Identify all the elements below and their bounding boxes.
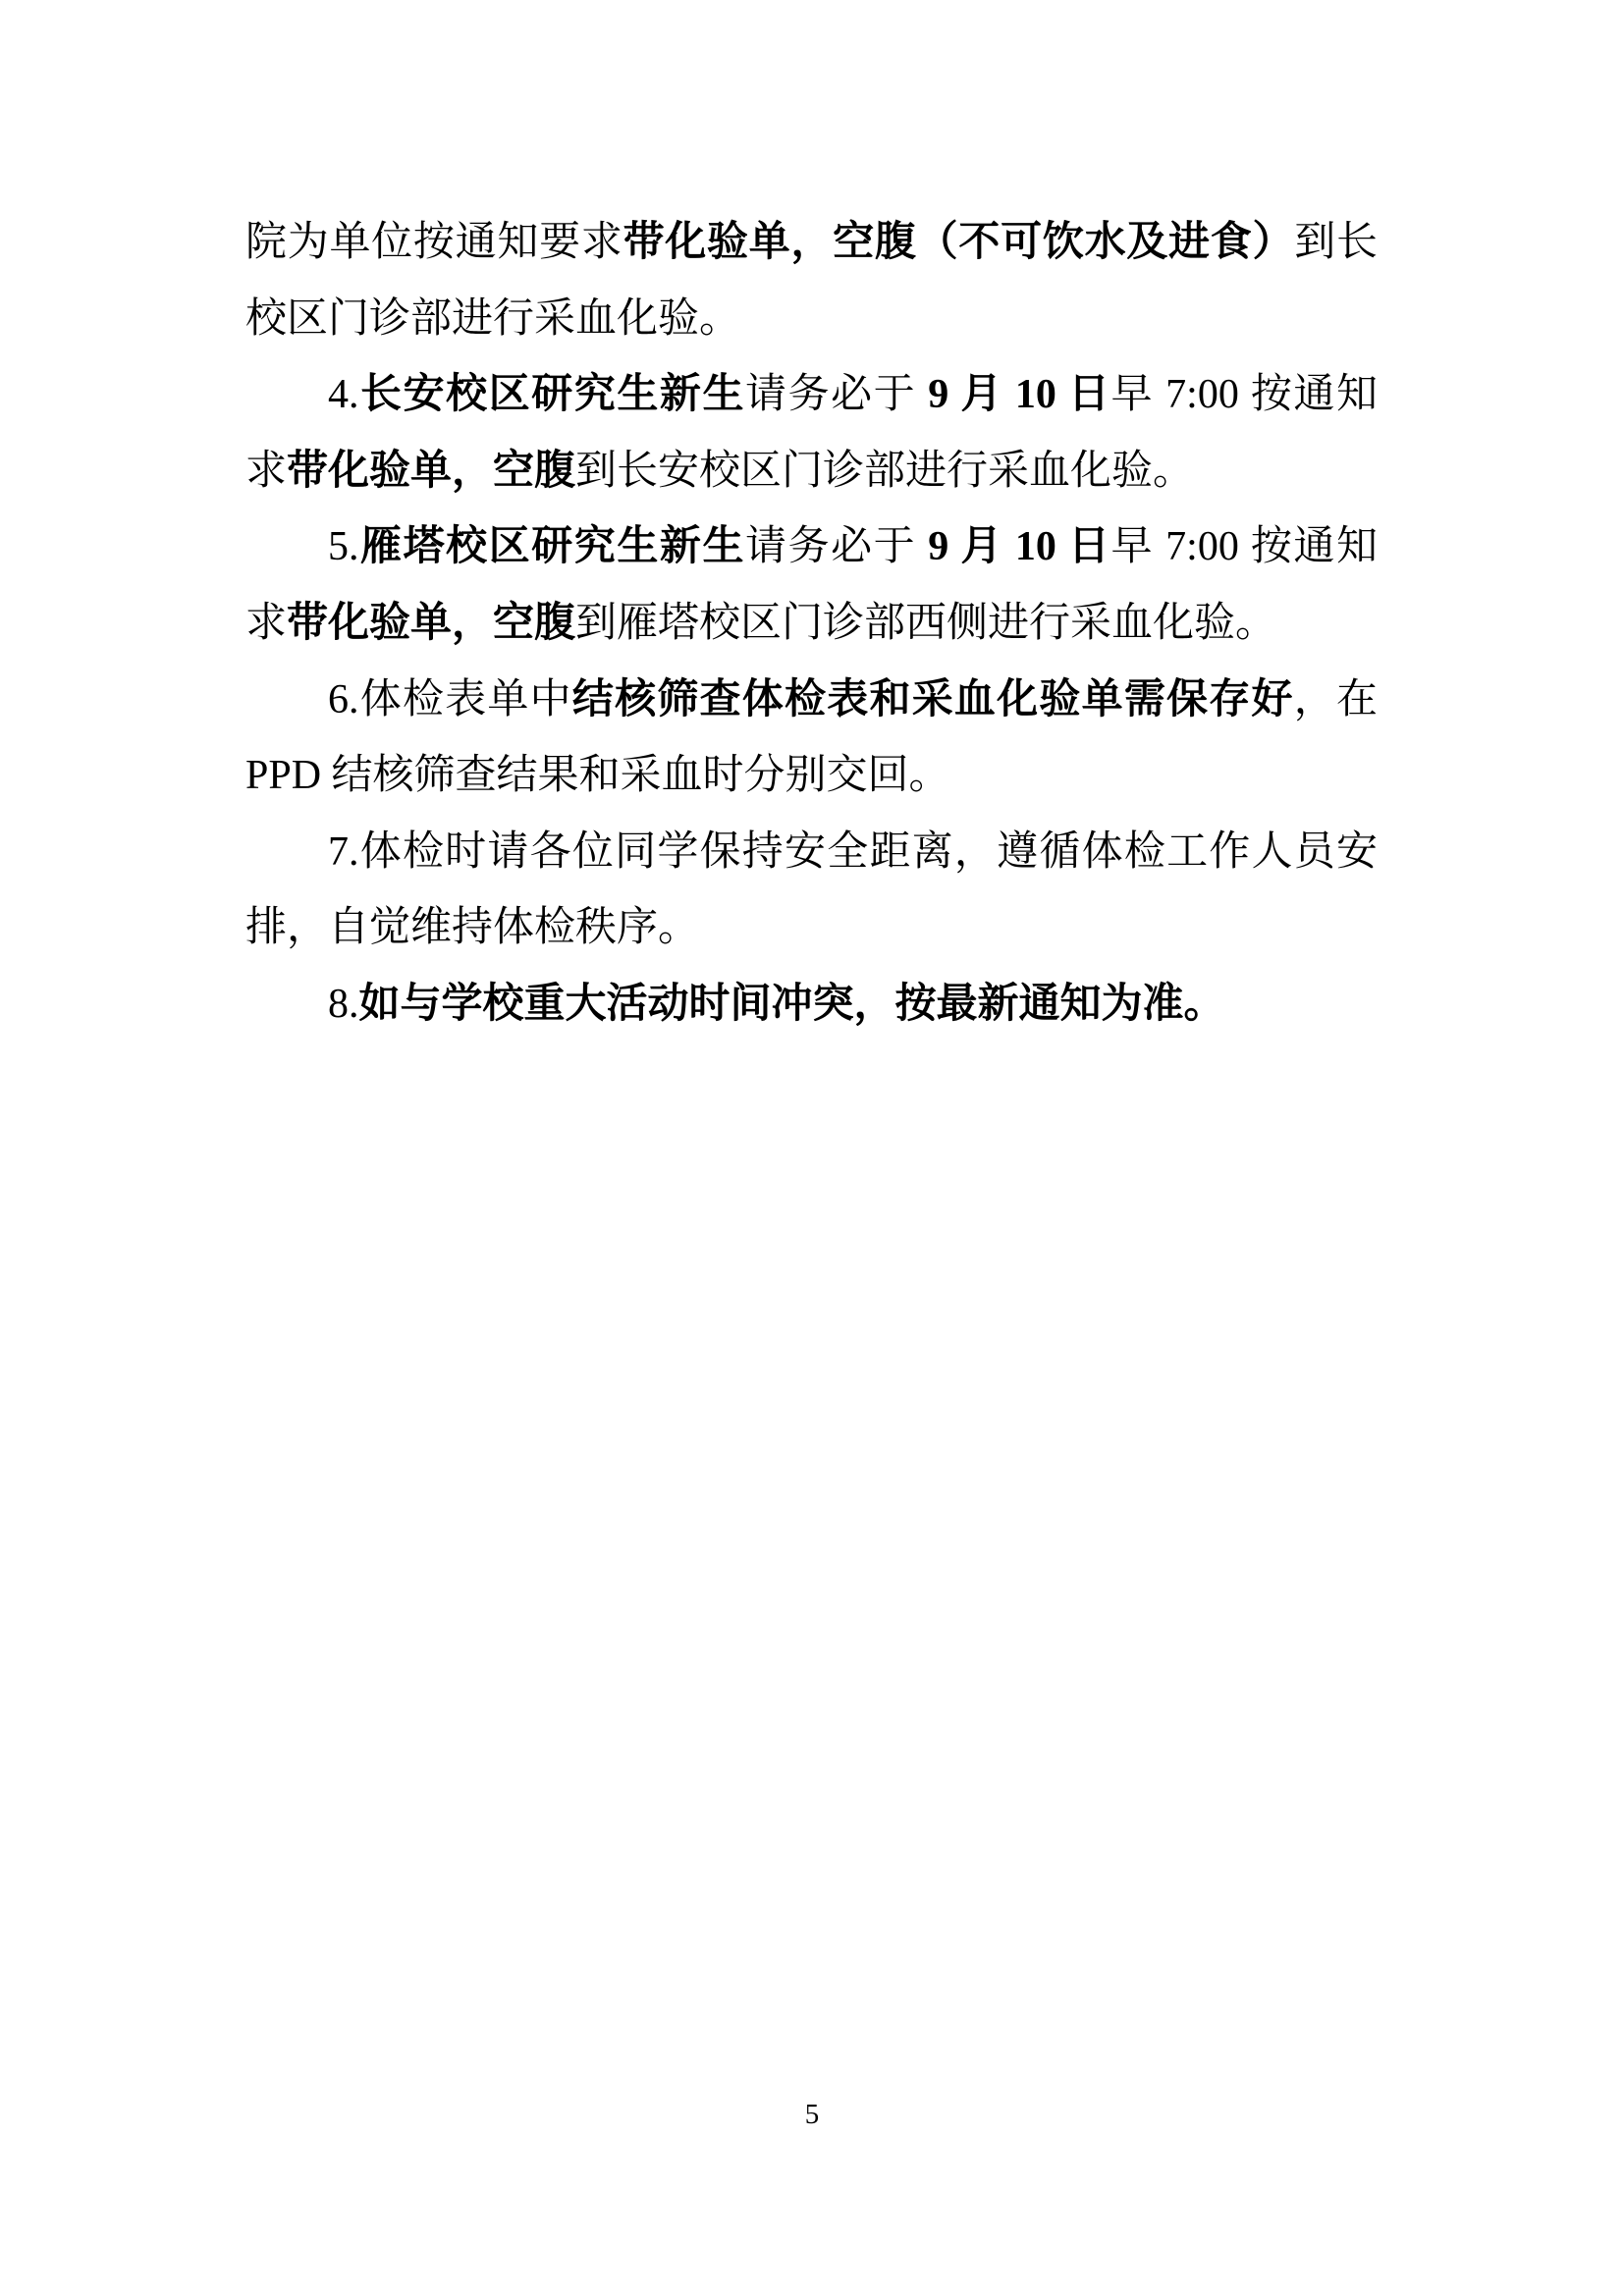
text-line-item-8: 8.如与学校重大活动时间冲突，按最新通知为准。 <box>245 967 1378 1043</box>
text-run: PPD 结核筛查结果和采血时分别交回。 <box>245 753 950 798</box>
body-text: 院为单位按通知要求带化验单，空腹（不可饮水及进食）到长安 校区门诊部进行采血化验… <box>245 205 1378 1043</box>
text-line: 排，自觉维持体检秩序。 <box>245 890 1378 967</box>
text-run: 校区门诊部进行采血化验。 <box>245 296 740 342</box>
text-run-bold: 长安校区研究生新生 <box>359 372 746 417</box>
text-run-bold: 雁塔校区研究生新生 <box>359 524 746 569</box>
text-run: 求 <box>245 601 287 646</box>
text-run: 7.体检时请各位同学保持安全距离，遵循体检工作人员安 <box>328 829 1378 875</box>
list-number: 4. <box>328 372 359 417</box>
text-line-item-5: 5.雁塔校区研究生新生请务必于 9 月 10 日早 7:00 按通知要 <box>245 509 1378 586</box>
text-run-bold: 带化验单，空腹 <box>287 449 575 494</box>
text-run: 请务必于 <box>745 524 928 569</box>
text-line: 求带化验单，空腹到雁塔校区门诊部西侧进行采血化验。 <box>245 586 1378 663</box>
text-run-bold: 如与学校重大活动时间冲突，按最新通知为准。 <box>359 982 1225 1027</box>
text-line: 校区门诊部进行采血化验。 <box>245 282 1378 358</box>
text-run: 院为单位按通知要求 <box>245 220 623 265</box>
text-run-bold: 带化验单，空腹 <box>287 601 575 646</box>
page-number: 5 <box>805 2099 820 2130</box>
page-footer: 5 <box>0 2095 1624 2134</box>
text-run-bold: 9 月 10 日 <box>928 372 1110 417</box>
text-line: PPD 结核筛查结果和采血时分别交回。 <box>245 738 1378 815</box>
document-page: 院为单位按通知要求带化验单，空腹（不可饮水及进食）到长安 校区门诊部进行采血化验… <box>0 0 1624 2296</box>
text-line-item-4: 4.长安校区研究生新生请务必于 9 月 10 日早 7:00 按通知要 <box>245 357 1378 434</box>
text-run: 到雁塔校区门诊部西侧进行采血化验。 <box>575 601 1276 646</box>
text-run-bold: 带化验单，空腹（不可饮水及进食） <box>623 220 1295 265</box>
text-run: 6.体检表单中 <box>328 677 572 722</box>
text-run: 排，自觉维持体检秩序。 <box>245 905 699 950</box>
text-run: 求 <box>245 449 287 494</box>
text-line: 院为单位按通知要求带化验单，空腹（不可饮水及进食）到长安 <box>245 205 1378 282</box>
list-number: 8. <box>328 982 359 1027</box>
text-run: 到长安校区门诊部进行采血化验。 <box>575 449 1194 494</box>
text-run-bold: 结核筛查体检表和采血化验单需保存好 <box>572 677 1294 722</box>
text-run: 请务必于 <box>745 372 928 417</box>
text-line-item-6: 6.体检表单中结核筛查体检表和采血化验单需保存好，在看 <box>245 663 1378 739</box>
text-line-item-7: 7.体检时请各位同学保持安全距离，遵循体检工作人员安 <box>245 815 1378 891</box>
text-line: 求带化验单，空腹到长安校区门诊部进行采血化验。 <box>245 434 1378 510</box>
text-run-bold: 9 月 10 日 <box>928 524 1110 569</box>
list-number: 5. <box>328 524 359 569</box>
